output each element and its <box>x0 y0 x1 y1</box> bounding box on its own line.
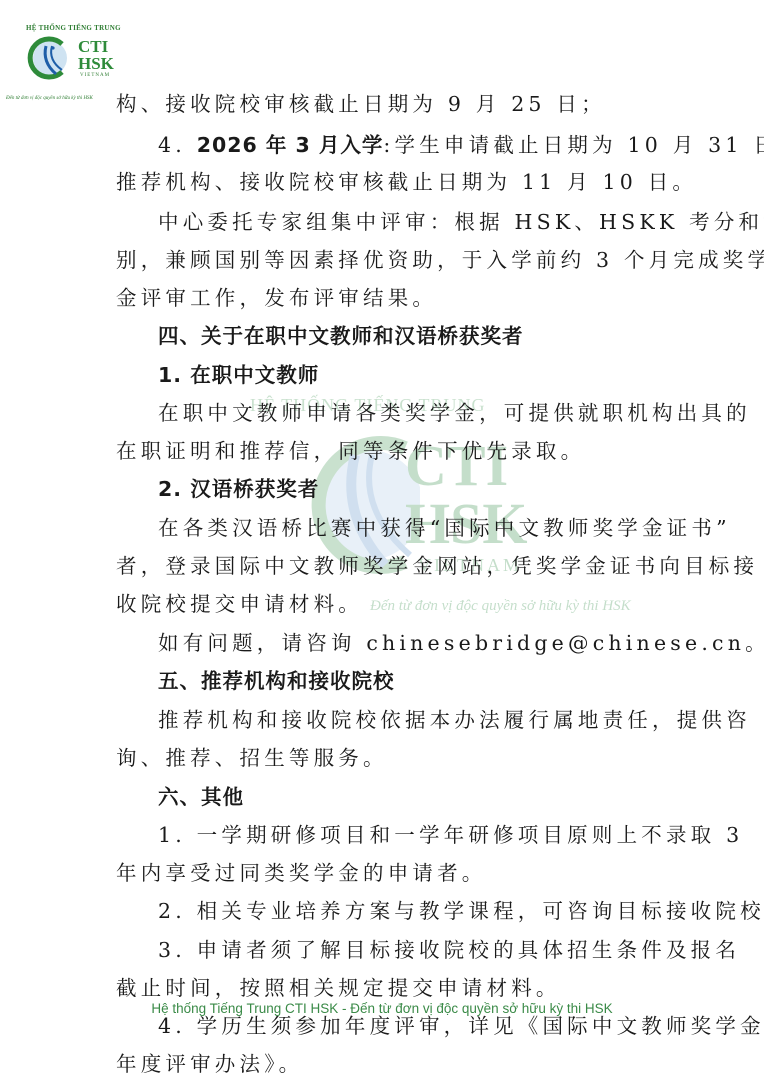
contact-line[interactable]: 如有问题，请咨询 chinesebridge@chinese.cn。 <box>158 629 764 657</box>
section-heading-4: 四、关于在职中文教师和汉语桥获奖者 <box>158 322 524 350</box>
deadline-text: :学生申请截止日期为 10 月 31 日， <box>383 133 764 157</box>
footer-text: Hệ thống Tiếng Trung CTI HSK - Đến từ đơ… <box>0 1001 764 1016</box>
list-item-line: 3. 申请者须了解目标接收院校的具体招生条件及报名 <box>158 936 740 964</box>
subsection-heading-chinese-bridge: 2. 汉语桥获奖者 <box>158 475 319 503</box>
paragraph-line: 收院校提交申请材料。 <box>116 590 363 618</box>
enrollment-term-label: 2026 年 3 月入学 <box>197 133 384 157</box>
list-number: 4. <box>158 133 197 157</box>
logo-tagline: Đến từ đơn vị độc quyền sở hữu kỳ thi HS… <box>6 96 93 101</box>
paragraph-line: 推荐机构和接收院校依据本办法履行属地责任，提供咨 <box>158 706 751 734</box>
paragraph-line: 在职中文教师申请各类奖学金，可提供就职机构出具的 <box>158 399 751 427</box>
list-item-line: 年度评审办法》。 <box>116 1050 303 1078</box>
paragraph-line: 询、推荐、招生等服务。 <box>116 744 388 772</box>
section-heading-6: 六、其他 <box>158 783 244 811</box>
brand-logo: HỆ THỐNG TIẾNG TRUNG CTI HSK VIETNAM <box>22 18 142 98</box>
paragraph-line: 中心委托专家组集中评审：根据 HSK、HSKK 考分和级 <box>158 208 764 236</box>
watermark-tagline: Đến từ đơn vị độc quyền sở hữu kỳ thi HS… <box>370 598 631 615</box>
paragraph-line: 金评审工作，发布评审结果。 <box>116 284 437 312</box>
subsection-heading-in-service-teachers: 1. 在职中文教师 <box>158 361 319 389</box>
list-item-line: 截止时间，按照相关规定提交申请材料。 <box>116 974 561 1002</box>
logo-country-text: VIETNAM <box>80 73 110 78</box>
paragraph-line: 者，登录国际中文教师奖学金网站，凭奖学金证书向目标接 <box>116 552 758 580</box>
logo-top-text: HỆ THỐNG TIẾNG TRUNG <box>26 24 121 32</box>
logo-hsk-text: HSK <box>78 55 114 72</box>
paragraph-line: 在职证明和推荐信，同等条件下优先录取。 <box>116 437 585 465</box>
paragraph-line: 构、接收院校审核截止日期为 9 月 25 日； <box>116 90 606 118</box>
list-item-line: 4. 学历生须参加年度评审，详见《国际中文教师奖学金 <box>158 1012 764 1040</box>
paragraph-line: 推荐机构、接收院校审核截止日期为 11 月 10 日。 <box>116 168 697 196</box>
paragraph-line: 在各类汉语桥比赛中获得“国际中文教师奖学金证书” <box>158 514 731 542</box>
list-item-line: 1. 一学期研修项目和一学年研修项目原则上不录取 3 <box>158 821 743 849</box>
paragraph-line: 别，兼顾国别等因素择优资助，于入学前约 3 个月完成奖学 <box>116 246 764 274</box>
section-heading-5: 五、推荐机构和接收院校 <box>158 667 395 695</box>
logo-emblem-icon <box>26 36 70 80</box>
list-item-line: 2. 相关专业培养方案与教学课程，可咨询目标接收院校。 <box>158 897 764 925</box>
logo-cti-text: CTI <box>78 38 108 55</box>
list-item-line: 年内享受过同类奖学金的申请者。 <box>116 859 487 887</box>
paragraph-line-march-2026: 4. 2026 年 3 月入学:学生申请截止日期为 10 月 31 日， <box>158 131 764 159</box>
